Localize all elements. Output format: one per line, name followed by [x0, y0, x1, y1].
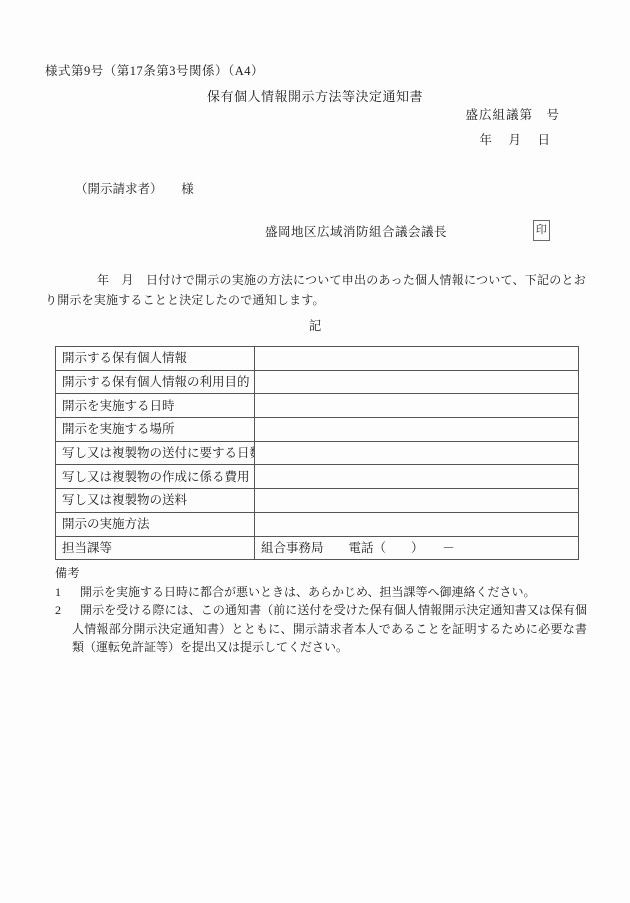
row-label: 写し又は複製物の送料: [56, 489, 255, 513]
document-title: 保有個人情報開示方法等決定通知書: [0, 88, 630, 106]
notes-section: 備考 1開示を実施する日時に都合が悪いときは、あらかじめ、担当課等へ御連絡くださ…: [55, 564, 587, 657]
table-row: 写し又は複製物の作成に係る費用: [56, 465, 579, 489]
row-value: [255, 418, 579, 442]
row-label: 写し又は複製物の作成に係る費用: [56, 465, 255, 489]
table-row: 写し又は複製物の送付に要する日数: [56, 441, 579, 465]
row-value: [255, 370, 579, 394]
notes-header: 備考: [55, 564, 587, 583]
row-value: [255, 347, 579, 371]
document-page: 様式第9号（第17条第3号関係）（A4） 保有個人情報開示方法等決定通知書 盛広…: [0, 0, 630, 903]
table-row: 開示を実施する場所: [56, 418, 579, 442]
note-text: 開示を実施する日時に都合が悪いときは、あらかじめ、担当課等へ御連絡ください。: [80, 585, 536, 599]
table-row: 担当課等 組合事務局 電話（ ） －: [56, 536, 579, 560]
document-number-line: 盛広組議第 号: [0, 106, 630, 124]
row-label: 開示する保有個人情報: [56, 347, 255, 371]
note-number: 1: [55, 583, 80, 602]
row-value: 組合事務局 電話（ ） －: [255, 536, 579, 560]
table-row: 開示する保有個人情報: [56, 347, 579, 371]
row-value: [255, 465, 579, 489]
table-row: 開示を実施する日時: [56, 394, 579, 418]
row-label: 開示を実施する日時: [56, 394, 255, 418]
seal-stamp: 印: [533, 220, 550, 241]
row-label: 担当課等: [56, 536, 255, 560]
table-row: 開示する保有個人情報の利用目的: [56, 370, 579, 394]
sender-name: 盛岡地区広域消防組合議会議長: [265, 225, 447, 239]
form-number-line: 様式第9号（第17条第3号関係）（A4）: [45, 62, 630, 80]
record-marker: 記: [0, 317, 630, 335]
body-paragraph: 年 月 日付けで開示の実施の方法について申出のあった個人情報について、下記のとお…: [45, 271, 586, 310]
note-item: 1開示を実施する日時に都合が悪いときは、あらかじめ、担当課等へ御連絡ください。: [55, 583, 587, 602]
table-row: 開示の実施方法: [56, 512, 579, 536]
note-number: 2: [55, 601, 80, 620]
row-label: 開示の実施方法: [56, 512, 255, 536]
row-label: 写し又は複製物の送付に要する日数: [56, 441, 255, 465]
row-label: 開示を実施する場所: [56, 418, 255, 442]
sender-line: 盛岡地区広域消防組合議会議長 印: [265, 223, 630, 245]
row-value: [255, 441, 579, 465]
row-label: 開示する保有個人情報の利用目的: [56, 370, 255, 394]
row-value: [255, 394, 579, 418]
note-item: 2開示を受ける際には、この通知書（前に送付を受けた保有個人情報開示決定通知書又は…: [55, 601, 587, 657]
row-value: [255, 489, 579, 513]
date-line: 年 月 日: [0, 131, 630, 149]
note-text: 開示を受ける際には、この通知書（前に送付を受けた保有個人情報開示決定通知書又は保…: [72, 603, 587, 654]
details-table: 開示する保有個人情報 開示する保有個人情報の利用目的 開示を実施する日時 開示を…: [55, 346, 579, 560]
row-value: [255, 512, 579, 536]
table-row: 写し又は複製物の送料: [56, 489, 579, 513]
addressee-line: （開示請求者） 様: [75, 180, 630, 198]
